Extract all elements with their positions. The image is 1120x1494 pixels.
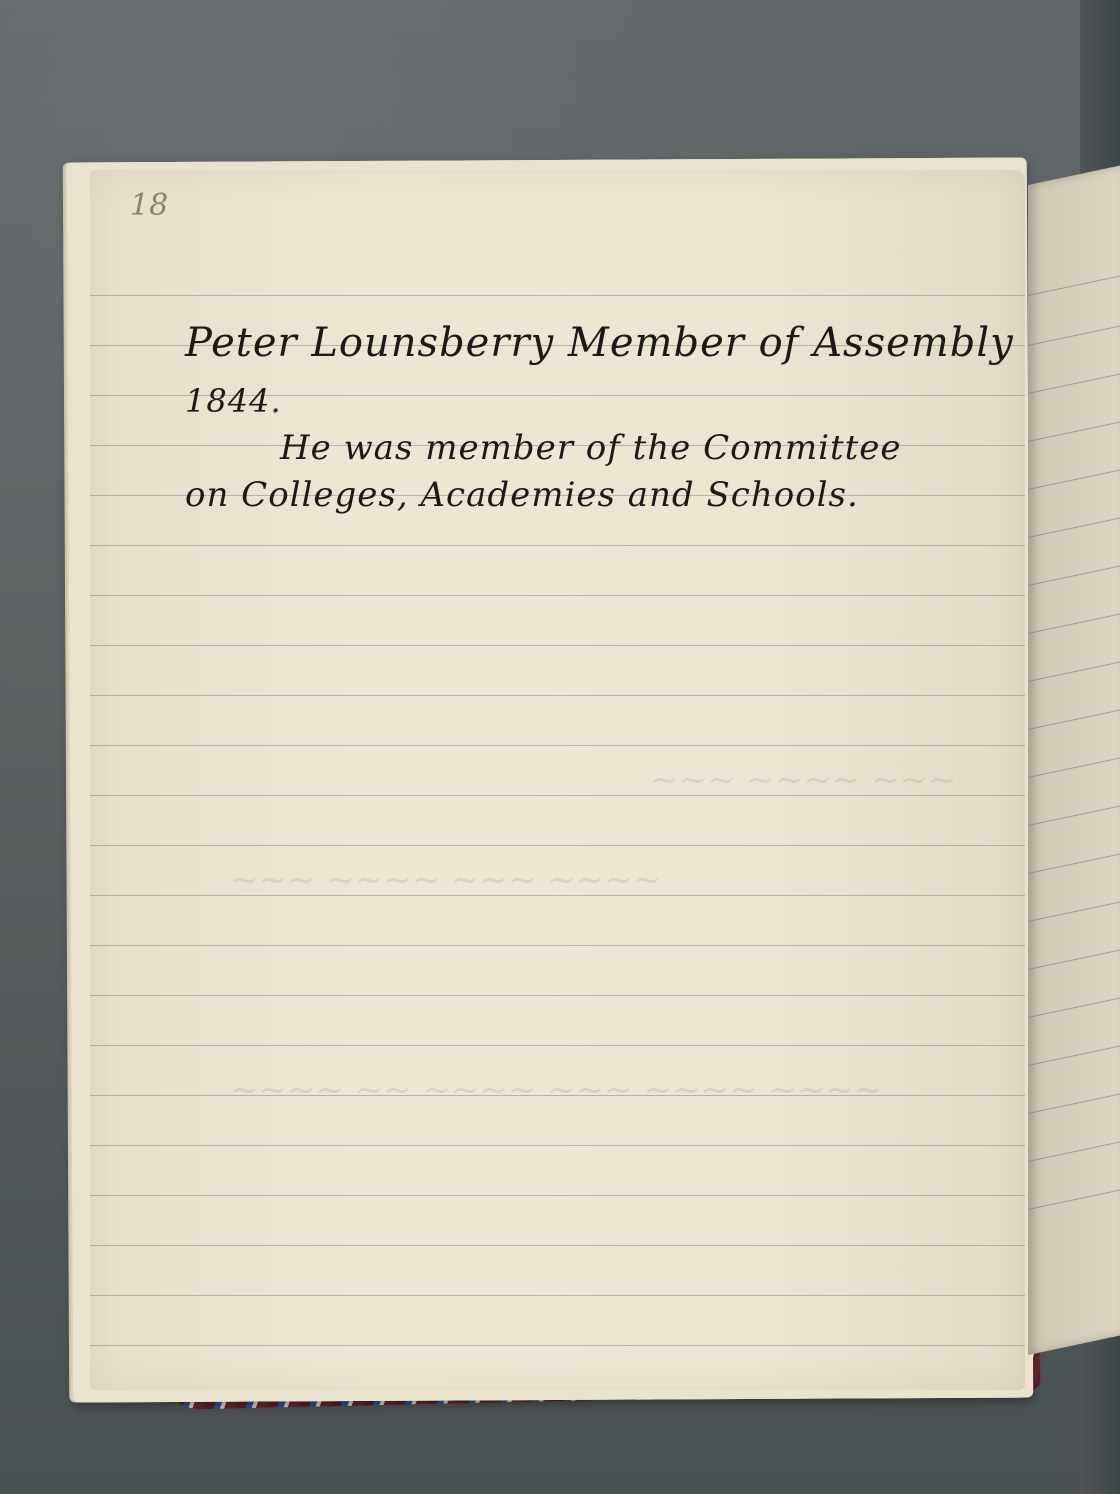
- ruled-line: [90, 645, 1025, 646]
- ruled-line: [1028, 373, 1120, 394]
- bleed-through-text: ~~~ ~~~~ ~~~: [650, 760, 957, 800]
- ruled-line: [90, 545, 1025, 546]
- ruled-line: [90, 1345, 1025, 1346]
- ruled-line: [1028, 565, 1120, 586]
- ruled-line: [1028, 709, 1120, 730]
- ruled-line: [1028, 661, 1120, 682]
- ruled-line: [90, 1295, 1025, 1296]
- ruled-line: [1028, 469, 1120, 490]
- ruled-line: [1028, 1045, 1120, 1066]
- ruled-line: [1028, 805, 1120, 826]
- ruled-line: [1028, 1141, 1120, 1162]
- ruled-line: [90, 995, 1025, 996]
- ruled-line: [90, 1195, 1025, 1196]
- ruled-line: [90, 1245, 1025, 1246]
- ruled-line: [90, 845, 1025, 846]
- ruled-line: [90, 1045, 1025, 1046]
- ruled-line: [1028, 517, 1120, 538]
- notebook-page: ~~~ ~~~~ ~~~ ~~~ ~~~~ ~~~ ~~~~ ~~~~ ~~ ~…: [90, 170, 1025, 1390]
- bleed-through-text: ~~~ ~~~~ ~~~ ~~~~: [230, 860, 661, 900]
- ruled-line: [1028, 901, 1120, 922]
- handwritten-line-committee: He was member of the Committee: [280, 428, 902, 468]
- handwritten-line-title: Peter Lounsberry Member of Assembly: [185, 320, 1014, 366]
- ruled-line: [90, 695, 1025, 696]
- ruled-line: [90, 295, 1025, 296]
- ruled-line: [1028, 949, 1120, 970]
- bleed-through-text: ~~~~ ~~ ~~~~ ~~~ ~~~~ ~~~~: [230, 1070, 882, 1110]
- ruled-line: [1028, 1093, 1120, 1114]
- page-number: 18: [130, 188, 168, 223]
- ruled-line: [1028, 275, 1120, 296]
- ruled-line: [90, 745, 1025, 746]
- ruled-line: [1028, 997, 1120, 1018]
- ruled-line: [1028, 421, 1120, 442]
- ruled-line: [1028, 757, 1120, 778]
- ruled-line: [90, 595, 1025, 596]
- ruled-line: [90, 945, 1025, 946]
- ruled-line: [1028, 613, 1120, 634]
- ruled-line: [1028, 853, 1120, 874]
- facing-page: [1028, 165, 1120, 1355]
- ruled-line: [90, 1145, 1025, 1146]
- ruled-line: [1028, 1189, 1120, 1210]
- ruled-line: [1028, 325, 1120, 346]
- handwritten-line-committee-name: on Colleges, Academies and Schools.: [185, 475, 859, 515]
- handwritten-line-year: 1844.: [185, 382, 282, 420]
